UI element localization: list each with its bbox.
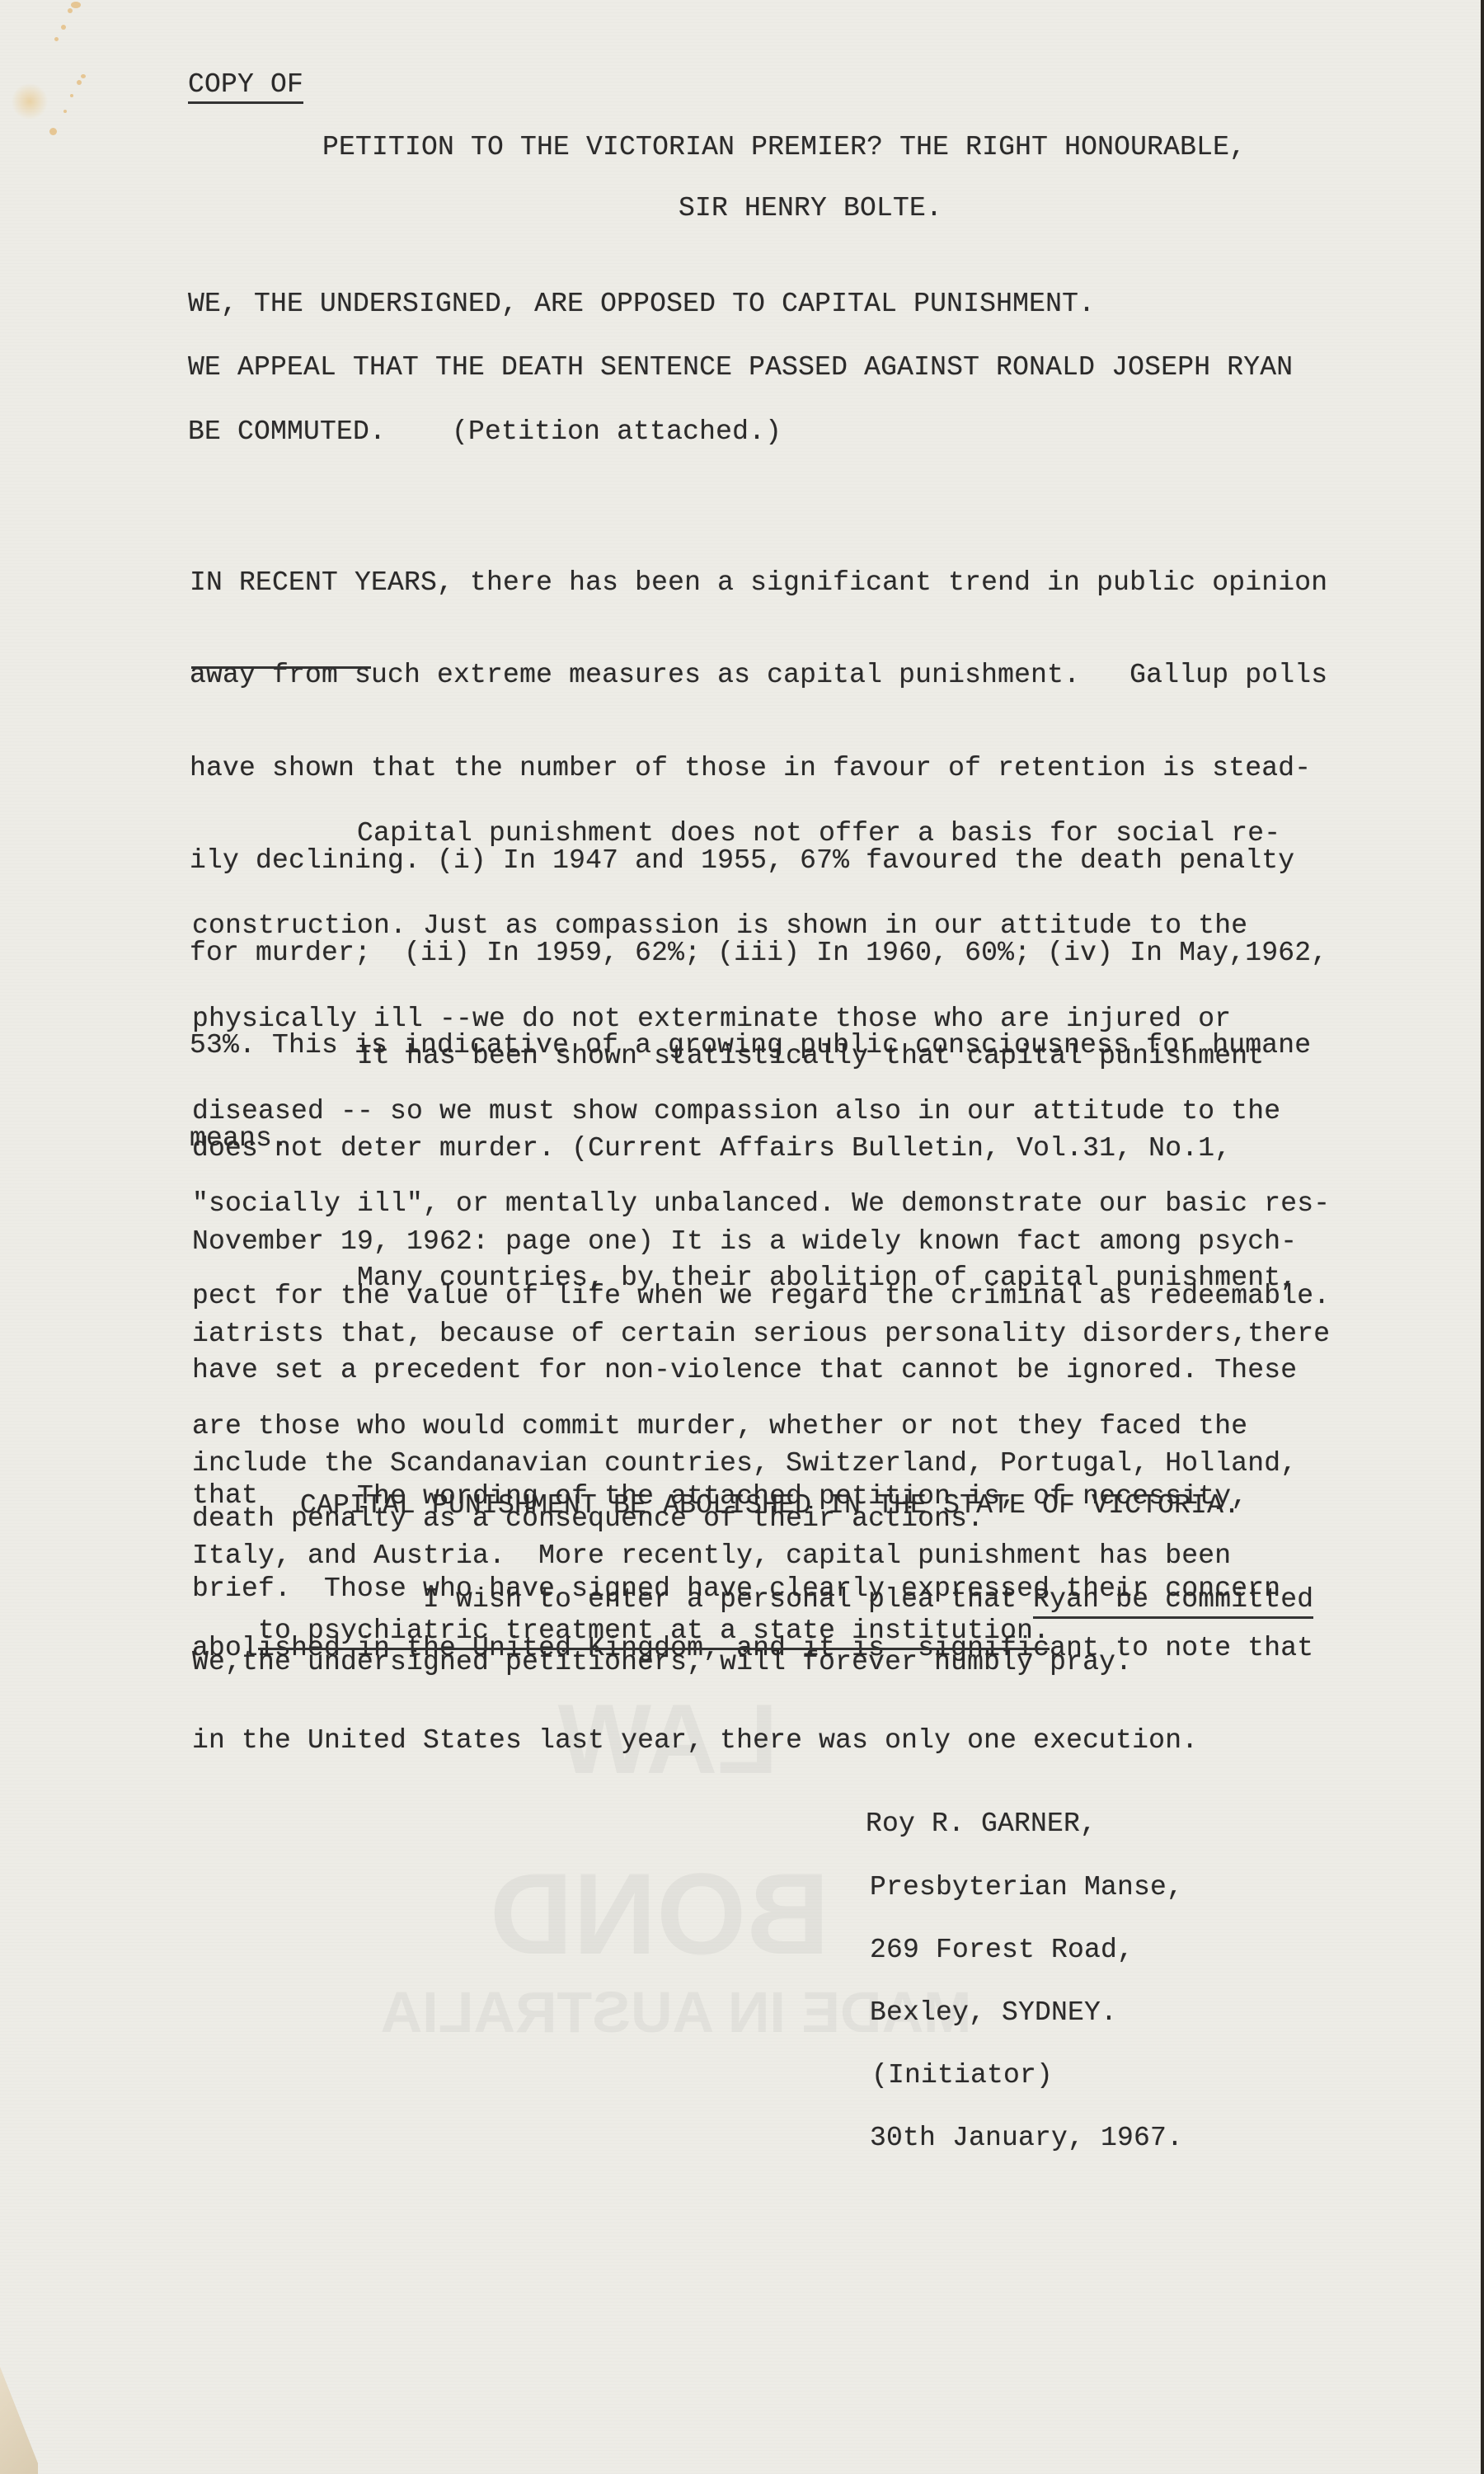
text-line: construction. Just as compassion is show…: [192, 910, 1330, 942]
watermark: BOND: [429, 1847, 890, 1981]
petition-title: PETITION TO THE VICTORIAN PREMIER? THE R…: [322, 132, 1246, 162]
rust-stain: [77, 80, 82, 85]
text-line: in the United States last year, there wa…: [192, 1725, 1313, 1757]
text-line: It has been shown statistically that cap…: [192, 1041, 1330, 1072]
rust-stain: [61, 25, 66, 30]
text-line: IN RECENT YEARS, there has been a signif…: [190, 567, 1327, 599]
that-prefix: that: [192, 1480, 258, 1511]
text-line: does not deter murder. (Current Affairs …: [192, 1133, 1330, 1164]
text-line: away from such extreme measures as capit…: [190, 660, 1327, 691]
plea-underlined-text: to psychiatric treatment at a state inst…: [258, 1616, 1050, 1650]
text-line: Capital punishment does not offer a basi…: [192, 818, 1330, 849]
signatory-name: Roy R. GARNER,: [866, 1808, 1097, 1839]
abolition-demand: CAPITAL PUNISHMENT BE ABOLISHED IN THE S…: [300, 1490, 1240, 1521]
closing-prayer: We,the undersigned petitioners, will for…: [192, 1647, 1132, 1677]
signatory-address-1: Presbyterian Manse,: [870, 1872, 1183, 1903]
rust-stain: [71, 2, 81, 8]
rust-stain: [54, 37, 59, 41]
appeal-statement-line2: BE COMMUTED. (Petition attached.): [188, 416, 782, 447]
opposition-statement: WE, THE UNDERSIGNED, ARE OPPOSED TO CAPI…: [188, 289, 1095, 319]
appeal-statement-line1: WE APPEAL THAT THE DEATH SENTENCE PASSED…: [188, 352, 1293, 383]
petition-addressee: SIR HENRY BOLTE.: [679, 193, 942, 223]
signature-date: 30th January, 1967.: [870, 2123, 1183, 2153]
rust-stain: [68, 8, 73, 13]
signatory-role: (Initiator): [871, 2060, 1053, 2091]
plea-underlined-text: Ryan be committed: [1033, 1584, 1313, 1619]
rust-stain: [70, 94, 73, 97]
signatory-address-2: 269 Forest Road,: [870, 1935, 1134, 1965]
rust-stain: [63, 110, 67, 113]
folded-corner: [0, 2367, 38, 2474]
underline-mark: [191, 666, 371, 669]
text-line: have set a precedent for non-violence th…: [192, 1355, 1313, 1386]
copy-label: COPY OF: [188, 69, 303, 104]
rust-stain: [81, 74, 86, 78]
rust-stain: [12, 82, 48, 120]
rust-stain: [49, 128, 57, 135]
signatory-address-3: Bexley, SYDNEY.: [870, 1997, 1117, 2028]
text-line: Many countries, by their abolition of ca…: [192, 1263, 1313, 1294]
document-page: LAW BOND MADE IN AUSTRALIA COPY OF PETIT…: [0, 0, 1484, 2474]
